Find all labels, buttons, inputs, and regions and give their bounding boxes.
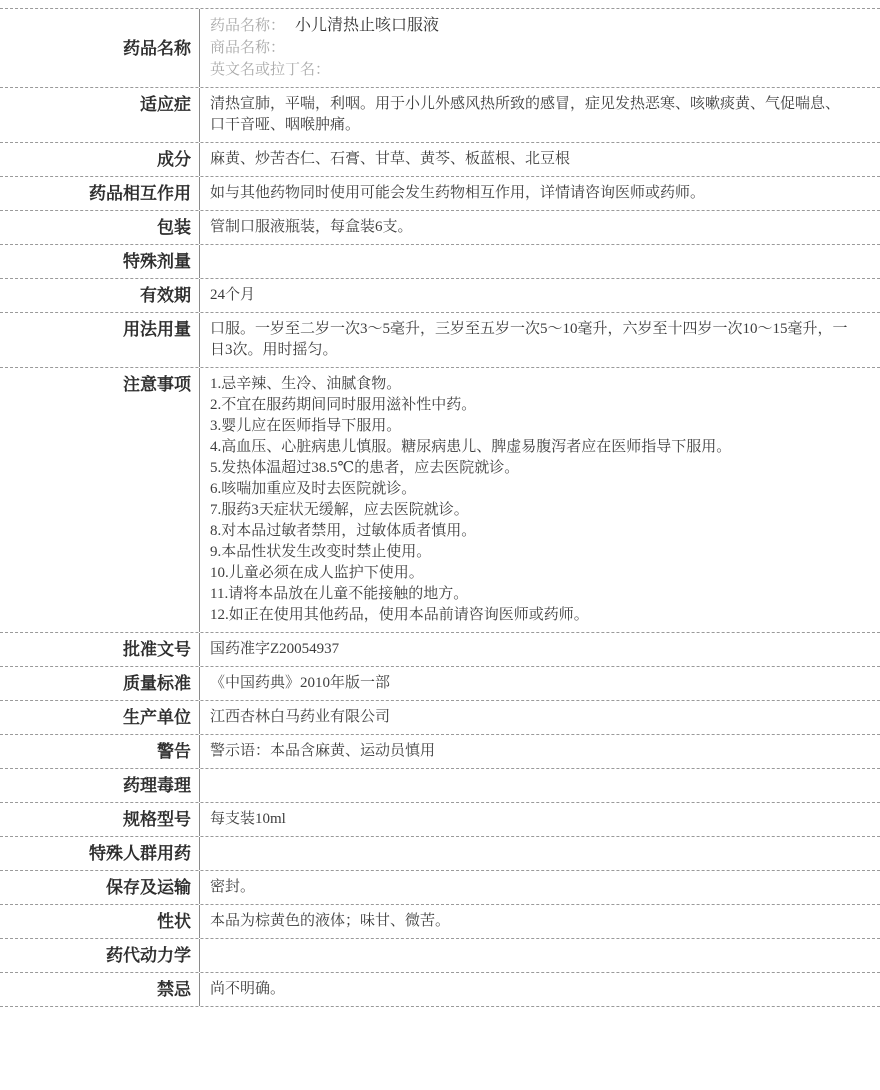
precaution-item: 8.对本品过敏者禁用，过敏体质者慎用。 (210, 521, 848, 542)
row-value: 本品为棕黄色的液体；味甘、微苦。 (200, 905, 880, 938)
row-value: 《中国药典》2010年版一部 (200, 667, 880, 700)
row-value: 清热宣肺，平喘，利咽。用于小儿外感风热所致的感冒，症见发热恶寒、咳嗽痰黄、气促喘… (200, 88, 880, 142)
row-drug-name: 药品名称 药品名称：小儿清热止咳口服液 商品名称： 英文名或拉丁名： (0, 8, 880, 87)
precaution-item: 6.咳喘加重应及时去医院就诊。 (210, 479, 848, 500)
row-value (200, 837, 880, 870)
row-precautions: 注意事项 1.忌辛辣、生冷、油腻食物。 2.不宜在服药期间同时服用滋补性中药。 … (0, 367, 880, 632)
row-label: 适应症 (0, 88, 200, 142)
drug-name-line: 药品名称：小儿清热止咳口服液 (210, 15, 848, 37)
row-storage-transport: 保存及运输 密封。 (0, 870, 880, 904)
row-label: 药代动力学 (0, 939, 200, 972)
row-value (200, 245, 880, 278)
latin-name-prefix: 英文名或拉丁名： (210, 62, 330, 78)
row-ingredients: 成分 麻黄、炒苦杏仁、石膏、甘草、黄芩、板蓝根、北豆根 (0, 142, 880, 176)
row-label: 生产单位 (0, 701, 200, 734)
row-label: 保存及运输 (0, 871, 200, 904)
trade-name-prefix: 商品名称： (210, 40, 285, 56)
precaution-item: 9.本品性状发生改变时禁止使用。 (210, 542, 848, 563)
row-label: 特殊人群用药 (0, 837, 200, 870)
row-label: 注意事项 (0, 368, 200, 632)
trade-name-line: 商品名称： (210, 37, 848, 59)
row-value: 警示语：本品含麻黄、运动员慎用 (200, 735, 880, 768)
row-contraindications: 禁忌 尚不明确。 (0, 972, 880, 1006)
row-special-dosage: 特殊剂量 (0, 244, 880, 278)
row-value: 麻黄、炒苦杏仁、石膏、甘草、黄芩、板蓝根、北豆根 (200, 143, 880, 176)
row-usage-dosage: 用法用量 口服。一岁至二岁一次3～5毫升，三岁至五岁一次5～10毫升，六岁至十四… (0, 312, 880, 367)
row-special-population: 特殊人群用药 (0, 836, 880, 870)
row-label: 警告 (0, 735, 200, 768)
row-approval-number: 批准文号 国药准字Z20054937 (0, 632, 880, 666)
row-value: 江西杏林白马药业有限公司 (200, 701, 880, 734)
row-value: 国药准字Z20054937 (200, 633, 880, 666)
precaution-item: 12.如正在使用其他药品，使用本品前请咨询医师或药师。 (210, 605, 848, 626)
row-label: 特殊剂量 (0, 245, 200, 278)
drug-name-value: 小儿清热止咳口服液 (295, 17, 439, 34)
precaution-item: 2.不宜在服药期间同时服用滋补性中药。 (210, 395, 848, 416)
precaution-item: 1.忌辛辣、生冷、油腻食物。 (210, 374, 848, 395)
drug-info-table: 药品名称 药品名称：小儿清热止咳口服液 商品名称： 英文名或拉丁名： 适应症 清… (0, 8, 880, 1007)
row-packaging: 包装 管制口服液瓶装，每盒装6支。 (0, 210, 880, 244)
precaution-item: 4.高血压、心脏病患儿慎服。糖尿病患儿、脾虚易腹泻者应在医师指导下服用。 (210, 437, 848, 458)
row-label: 规格型号 (0, 803, 200, 836)
row-pharmacology-toxicology: 药理毒理 (0, 768, 880, 802)
row-label: 批准文号 (0, 633, 200, 666)
row-label: 禁忌 (0, 973, 200, 1006)
precaution-item: 10.儿童必须在成人监护下使用。 (210, 563, 848, 584)
row-warning: 警告 警示语：本品含麻黄、运动员慎用 (0, 734, 880, 768)
row-manufacturer: 生产单位 江西杏林白马药业有限公司 (0, 700, 880, 734)
row-description: 性状 本品为棕黄色的液体；味甘、微苦。 (0, 904, 880, 938)
row-value: 口服。一岁至二岁一次3～5毫升，三岁至五岁一次5～10毫升，六岁至十四岁一次10… (200, 313, 880, 367)
row-value: 每支装10ml (200, 803, 880, 836)
row-label: 质量标准 (0, 667, 200, 700)
row-value: 管制口服液瓶装，每盒装6支。 (200, 211, 880, 244)
row-label: 性状 (0, 905, 200, 938)
row-label: 用法用量 (0, 313, 200, 367)
row-pharmacokinetics: 药代动力学 (0, 938, 880, 972)
row-specification: 规格型号 每支装10ml (0, 802, 880, 836)
row-label: 有效期 (0, 279, 200, 312)
row-drug-interactions: 药品相互作用 如与其他药物同时使用可能会发生药物相互作用，详情请咨询医师或药师。 (0, 176, 880, 210)
row-value: 如与其他药物同时使用可能会发生药物相互作用，详情请咨询医师或药师。 (200, 177, 880, 210)
drug-name-prefix: 药品名称： (210, 18, 285, 34)
row-value: 1.忌辛辣、生冷、油腻食物。 2.不宜在服药期间同时服用滋补性中药。 3.婴儿应… (200, 368, 880, 632)
latin-name-line: 英文名或拉丁名： (210, 59, 848, 81)
row-value: 尚不明确。 (200, 973, 880, 1006)
row-label: 包装 (0, 211, 200, 244)
row-value: 密封。 (200, 871, 880, 904)
row-quality-standard: 质量标准 《中国药典》2010年版一部 (0, 666, 880, 700)
row-value: 药品名称：小儿清热止咳口服液 商品名称： 英文名或拉丁名： (200, 9, 880, 87)
row-value: 24个月 (200, 279, 880, 312)
precaution-item: 11.请将本品放在儿童不能接触的地方。 (210, 584, 848, 605)
precaution-item: 7.服药3天症状无缓解，应去医院就诊。 (210, 500, 848, 521)
row-value (200, 769, 880, 802)
row-value (200, 939, 880, 972)
row-label: 药品相互作用 (0, 177, 200, 210)
precaution-item: 5.发热体温超过38.5℃的患者，应去医院就诊。 (210, 458, 848, 479)
row-shelf-life: 有效期 24个月 (0, 278, 880, 312)
row-label: 成分 (0, 143, 200, 176)
precaution-item: 3.婴儿应在医师指导下服用。 (210, 416, 848, 437)
row-indications: 适应症 清热宣肺，平喘，利咽。用于小儿外感风热所致的感冒，症见发热恶寒、咳嗽痰黄… (0, 87, 880, 142)
row-label: 药品名称 (0, 9, 200, 87)
row-label: 药理毒理 (0, 769, 200, 802)
